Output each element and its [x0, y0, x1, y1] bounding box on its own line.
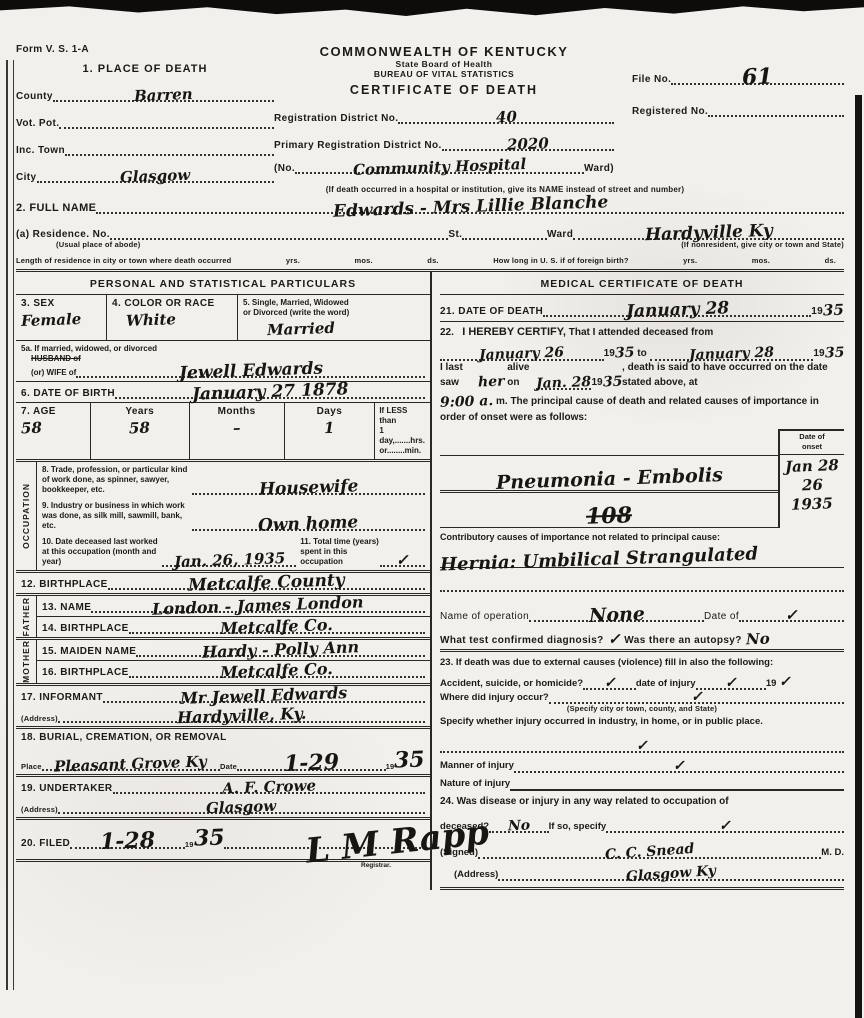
reg-district-value: 40 [496, 112, 517, 123]
birthplace-value: Metcalfe County [188, 575, 345, 590]
length-of-residence-row: Length of residence in city or town wher… [16, 256, 844, 265]
if-less-cell: If LESS than 1 day,.......hrs. or.......… [375, 403, 430, 459]
mother-birthplace-row: 16. BIRTHPLACE Metcalfe Co. [37, 660, 430, 681]
nature-row: Nature of injury [440, 777, 844, 791]
father-name-value: London - James London [152, 597, 364, 614]
burial-label: 18. BURIAL, CREMATION, OR REMOVAL [21, 732, 425, 743]
undertaker-address-line: Glasgow [58, 800, 425, 814]
q24-value: No [508, 821, 530, 832]
form-header: Form V. S. 1-A 1. PLACE OF DEATH County … [16, 44, 844, 183]
total-time-value: ✓ [396, 555, 409, 565]
mos-label-2: mos. [752, 256, 770, 265]
days-cell: Days 1 [285, 403, 376, 459]
filed-year-prefix: 19 [185, 840, 194, 849]
last-saw-label: I last saw [440, 361, 475, 390]
mother-bp-line: Metcalfe Co. [129, 664, 425, 678]
contributory-line: Hernia: Umbilical Strangulated [440, 543, 844, 568]
onset-label-line2: onset [780, 441, 844, 454]
undertaker-label: 19. UNDERTAKER [21, 783, 113, 794]
father-side-label: FATHER [21, 597, 31, 636]
vot-pot-line [59, 115, 274, 129]
full-name-value: Edwards - Mrs Lillie Blanche [332, 197, 607, 217]
full-name-line: Edwards - Mrs Lillie Blanche [96, 200, 844, 214]
dob-line: January 27 1878 [115, 385, 425, 399]
q24-answer-row: deceased? No If so, specify ✓ [440, 819, 844, 833]
autopsy-label: Was there an autopsy? [624, 635, 742, 646]
certify-number: 22. [440, 327, 454, 338]
burial-place-value: Pleasant Grove Ky [54, 756, 207, 771]
certify-block: 22. I HEREBY CERTIFY, That I attended de… [440, 321, 844, 425]
md-label: M. D. [821, 846, 844, 860]
specify-line: ✓ [440, 739, 844, 753]
hospital-row: (No. Community Hospital Ward) [274, 160, 614, 174]
onset-value-1: Jan 28 [785, 456, 839, 476]
reg-district-row: Registration District No. 40 [274, 110, 614, 124]
days-label: Days [290, 406, 370, 417]
dob-row: 6. DATE OF BIRTH January 27 1878 [16, 381, 430, 402]
years-value: 58 [129, 419, 150, 438]
vot-pot-label: Vot. Pot. [16, 118, 59, 129]
certificate-title: CERTIFICATE OF DEATH [274, 83, 614, 97]
commonwealth-title: COMMONWEALTH OF KENTUCKY [274, 44, 614, 59]
inc-town-label: Inc. Town [16, 145, 65, 156]
filed-row: 20. FILED 1-28 19 35 L M Rapp Registrar. [16, 817, 430, 862]
primary-reg-row: Primary Registration District No. 2020 [274, 137, 614, 151]
operation-date-label: Date of [704, 611, 739, 622]
industry-value: Own home [258, 517, 359, 530]
city-line: Glasgow [37, 169, 275, 183]
marital-cell: 5. Single, Married, Widowed or Divorced … [238, 295, 430, 340]
hospital-note: (If death occurred in a hospital or inst… [166, 185, 844, 194]
father-name-row: 13. NAME London - James London [37, 596, 430, 616]
dod-value: January 28 [625, 303, 729, 317]
father-band: FATHER 13. NAME London - James London 14… [16, 593, 430, 637]
city-row: City Glasgow [16, 169, 274, 183]
body-two-columns: PERSONAL AND STATISTICAL PARTICULARS 3. … [16, 269, 844, 890]
mother-band: MOTHER 15. MAIDEN NAME Hardy - Polly Ann… [16, 637, 430, 683]
header-center: COMMONWEALTH OF KENTUCKY State Board of … [274, 44, 614, 183]
death-time-line: 9:00 a. m. The principal cause of death … [440, 390, 844, 425]
mother-side-cell: MOTHER [16, 640, 37, 683]
header-right: File No. 61 Registered No. [614, 44, 844, 183]
marital-label-line1: 5. Single, Married, Widowed [243, 298, 425, 308]
mother-name-value: Hardy - Polly Ann [202, 642, 359, 657]
ward-line: Hardyville Ky [573, 226, 844, 240]
spouse-value: Jewell Edwards [178, 363, 322, 378]
attended-from-line: January 26 [440, 347, 604, 361]
operation-date-value: ✓ [785, 610, 798, 620]
inc-town-line [65, 142, 274, 156]
signed-line: C. C. Snead [478, 845, 821, 859]
months-value: – [233, 419, 241, 437]
vot-pot-row: Vot. Pot. [16, 115, 274, 129]
registered-no-label: Registered No. [632, 106, 708, 117]
nature-label: Nature of injury [440, 777, 510, 791]
test-value: ✓ [607, 630, 620, 648]
filed-date-value: 1-28 [100, 835, 155, 847]
reg-district-label: Registration District No. [274, 113, 398, 124]
city-value: Glasgow [120, 170, 190, 182]
city-label: City [16, 172, 37, 183]
torn-paper-edge [0, 0, 864, 16]
informant-address-line: Hardyville, Ky. [58, 709, 425, 723]
personal-title: PERSONAL AND STATISTICAL PARTICULARS [16, 272, 430, 294]
occupation-band: OCCUPATION 8. Trade, profession, or part… [16, 459, 430, 570]
physician-address-row: (Address) Glasgow Ky [440, 867, 844, 890]
hospital-value: Community Hospital [353, 159, 526, 175]
years-cell: Years 58 [91, 403, 190, 459]
sex-color-marital-row: 3. SEX Female 4. COLOR OR RACE White 5. … [16, 294, 430, 340]
burial-year-prefix: 19 [386, 762, 395, 771]
how-long-label: How long in U. S. if of foreign birth? [493, 256, 629, 265]
sex-label: 3. SEX [21, 298, 101, 309]
ds-label-2: ds. [825, 256, 836, 265]
burial-place-line: Pleasant Grove Ky [42, 757, 220, 771]
father-bp-label: 14. BIRTHPLACE [42, 623, 129, 634]
accident-value: ✓ [603, 678, 615, 688]
last-worked-line: Jan. 26, 1935 [162, 553, 296, 567]
cause-lines: Pneumonia - Embolis 108 [440, 429, 778, 528]
total-time-line: ✓ [380, 553, 425, 567]
ward-label: Ward) [584, 163, 614, 174]
file-no-line: 61 [671, 70, 844, 85]
color-label: 4. COLOR OR RACE [112, 298, 232, 309]
if-so-value: ✓ [719, 821, 731, 831]
physician-address-label: (Address) [454, 868, 498, 882]
operation-label: Name of operation [440, 611, 529, 622]
spouse-label-1: 5a. If married, widowed, or divorced [21, 344, 425, 354]
operation-line: None [529, 608, 704, 622]
filed-label: 20. FILED [21, 838, 70, 849]
mother-side-label: MOTHER [21, 640, 31, 683]
industry-label: 9. Industry or business in which work wa… [42, 501, 192, 531]
cause-value: Pneumonia - Embolis [495, 464, 723, 494]
accident-label: Accident, suicide, or homicide? [440, 677, 583, 691]
burial-place-label: Place [21, 762, 42, 771]
manner-row: Manner of injury ✓ [440, 759, 844, 773]
dod-label: 21. DATE OF DEATH [440, 306, 543, 317]
from-year-prefix: 19 [604, 347, 615, 362]
father-bp-value: Metcalfe Co. [220, 620, 333, 634]
length-label: Length of residence in city or town wher… [16, 256, 231, 265]
where-value: ✓ [690, 692, 702, 702]
date-of-onset-box: Date of onset Jan 28 26 1935 [778, 429, 844, 528]
primary-reg-line: 2020 [442, 137, 614, 151]
dod-year-prefix: 19 [811, 306, 823, 317]
cause-blank-line [440, 429, 778, 456]
file-no-label: File No. [632, 74, 671, 85]
last-saw-date-value: Jan. 28 [536, 377, 591, 389]
certify-rest: That I attended deceased from [569, 327, 713, 338]
last-saw-year-value: 35 [602, 372, 622, 393]
undertaker-address-label: (Address) [21, 805, 58, 814]
last-worked-row: 10. Date deceased last worked at this oc… [37, 534, 430, 570]
occupation-side-cell: OCCUPATION [16, 462, 37, 570]
primary-reg-label: Primary Registration District No. [274, 140, 442, 151]
industry-line: Own home [192, 517, 425, 531]
full-name-row: 2. FULL NAME Edwards - Mrs Lillie Blanch… [16, 200, 844, 214]
burial-date-line: 1-29 [237, 756, 386, 771]
cause-code-value: 108 [586, 502, 633, 530]
birthplace-label: 12. BIRTHPLACE [21, 579, 108, 590]
alive-on-label: alive on [507, 361, 536, 390]
full-name-label: 2. FULL NAME [16, 202, 96, 214]
file-no-row: File No. 61 [632, 70, 844, 85]
q24-line: No [489, 819, 548, 833]
age-label: 7. AGE [21, 406, 85, 417]
contributory-section: Contributory causes of importance not re… [440, 528, 844, 592]
county-row: County Barren [16, 88, 274, 102]
occupation-side-label: OCCUPATION [21, 483, 31, 549]
mother-name-label: 15. MAIDEN NAME [42, 646, 136, 657]
mother-name-row: 15. MAIDEN NAME Hardy - Polly Ann [37, 640, 430, 660]
mother-bp-label: 16. BIRTHPLACE [42, 667, 129, 678]
death-certificate-scan: Form V. S. 1-A 1. PLACE OF DEATH County … [0, 0, 864, 1018]
m-label: m. [496, 396, 508, 407]
where-row: Where did injury occur? ✓ [440, 690, 844, 704]
county-label: County [16, 91, 53, 102]
marital-label-line2: or Divorced (write the word) [243, 308, 425, 318]
father-name-line: London - James London [91, 599, 425, 613]
mother-body: 15. MAIDEN NAME Hardy - Polly Ann 16. BI… [37, 640, 430, 683]
accident-row: Accident, suicide, or homicide? ✓ date o… [440, 670, 844, 690]
residence-label: (a) Residence. No. [16, 229, 110, 240]
hospital-no-label: (No. [274, 163, 295, 174]
informant-label: 17. INFORMANT [21, 692, 103, 703]
signed-row: (Signed) C. C. Snead M. D. [440, 845, 844, 859]
where-label: Where did injury occur? [440, 691, 549, 705]
age-cell: 7. AGE 58 [16, 403, 91, 459]
father-name-label: 13. NAME [42, 602, 91, 613]
personal-column: PERSONAL AND STATISTICAL PARTICULARS 3. … [16, 272, 432, 890]
undertaker-value: A. F. Crowe [222, 780, 316, 793]
to-label: to [637, 347, 646, 362]
dob-label: 6. DATE OF BIRTH [21, 388, 115, 399]
manner-value: ✓ [673, 761, 685, 771]
informant-address-label: (Address) [21, 714, 58, 723]
informant-line: Mr Jewell Edwards [103, 689, 425, 703]
trade-label: 8. Trade, profession, or particular kind… [42, 465, 192, 495]
attended-row: January 26 1935 to January 28 1935 [440, 341, 844, 361]
filed-date-line: 1-28 [70, 834, 185, 849]
reg-district-line: 40 [398, 110, 614, 124]
residence-row: (a) Residence. No. St. Ward Hardyville K… [16, 226, 844, 240]
accident-line: ✓ [583, 676, 636, 690]
injury-year-prefix: 19 [766, 677, 777, 691]
physician-signature: C. C. Snead [605, 844, 695, 860]
to-year-prefix: 19 [813, 347, 824, 362]
binding-edge-left [6, 60, 14, 990]
yrs-label-1: yrs. [286, 256, 300, 265]
death-time-value: 9:00 a. [440, 391, 494, 413]
father-body: 13. NAME London - James London 14. BIRTH… [37, 596, 430, 637]
cause-code-line: 108 [440, 493, 778, 528]
undertaker-address-value: Glasgow [206, 801, 276, 813]
father-bp-line: Metcalfe Co. [129, 620, 425, 634]
where-note: (Specify city or town, county, and State… [440, 704, 844, 715]
burial-year-value: 35 [394, 746, 426, 773]
spouse-line: Jewell Edwards [76, 364, 425, 378]
where-line: ✓ [549, 690, 844, 704]
specify-line-row: ✓ [440, 739, 844, 753]
attended-from-value: January 26 [479, 348, 564, 361]
mother-name-line: Hardy - Polly Ann [136, 643, 425, 657]
onset-label-line1: Date of [780, 431, 844, 441]
operation-date-line: ✓ [739, 608, 844, 622]
registered-no-row: Registered No. [632, 103, 844, 117]
physician-address-value: Glasgow Ky [626, 866, 716, 882]
street-label: St. [448, 229, 462, 240]
injury-date-label: date of injury [636, 677, 696, 691]
autopsy-value: No [745, 630, 769, 649]
months-label: Months [195, 406, 279, 417]
primary-reg-value: 2020 [507, 139, 549, 150]
street-line [462, 226, 547, 240]
dod-line: January 28 [543, 303, 811, 317]
sex-value: Female [21, 310, 82, 330]
spouse-row: 5a. If married, widowed, or divorced HUS… [16, 340, 430, 381]
county-line: Barren [53, 88, 274, 102]
spouse-label-3: (or) WIFE of [31, 368, 76, 378]
if-so-line: ✓ [606, 819, 844, 833]
manner-label: Manner of injury [440, 759, 514, 773]
specify-label: Specify whether injury occurred in indus… [440, 715, 844, 729]
informant-row: 17. INFORMANT Mr Jewell Edwards (Address… [16, 683, 430, 726]
trade-line: Housewife [192, 481, 425, 495]
physician-address-line: Glasgow Ky [498, 867, 844, 881]
if-so-label: If so, specify [549, 820, 607, 834]
undertaker-row: 19. UNDERTAKER A. F. Crowe (Address) Gla… [16, 774, 430, 817]
nature-line [510, 777, 844, 791]
test-label: What test confirmed diagnosis? [440, 635, 604, 646]
place-of-death-title: 1. PLACE OF DEATH [16, 63, 274, 75]
certificate-form: Form V. S. 1-A 1. PLACE OF DEATH County … [16, 26, 844, 890]
last-saw-row: I last saw her alive on Jan. 28 1935 , d… [440, 361, 844, 390]
dod-year-value: 35 [823, 301, 844, 320]
injury-date-value: ✓ [725, 678, 737, 688]
informant-value: Mr Jewell Edwards [180, 688, 348, 704]
last-saw-year-prefix: 19 [591, 376, 602, 391]
form-number: Form V. S. 1-A [16, 44, 274, 55]
informant-address-value: Hardyville, Ky. [177, 709, 307, 724]
abode-note: (Usual place of abode) [56, 240, 140, 249]
injury-date-line: ✓ [696, 676, 766, 690]
days-value: 1 [324, 419, 335, 437]
hospital-line: Community Hospital [295, 160, 584, 174]
marital-value: Married [267, 319, 335, 339]
q24-label: 24. Was disease or injury in any way rel… [440, 795, 844, 810]
birthplace-row: 12. BIRTHPLACE Metcalfe County [16, 570, 430, 593]
from-year-value: 35 [614, 343, 634, 364]
age-row: 7. AGE 58 Years 58 Months – Days 1 [16, 402, 430, 459]
inc-town-row: Inc. Town [16, 142, 274, 156]
bureau-subtitle: BUREAU OF VITAL STATISTICS [274, 69, 614, 79]
dob-value: January 27 1878 [192, 384, 349, 399]
registrar-label: Registrar. [361, 862, 391, 869]
burial-row: 18. BURIAL, CREMATION, OR REMOVAL Place … [16, 726, 430, 774]
death-said-label: , death is said to have occurred on the … [622, 361, 844, 390]
birthplace-line: Metcalfe County [108, 576, 425, 590]
ward-field-label: Ward [547, 229, 573, 240]
burial-date-value: 1-29 [284, 757, 339, 769]
father-birthplace-row: 14. BIRTHPLACE Metcalfe Co. [37, 616, 430, 637]
ward-value: Hardyville Ky [645, 226, 773, 240]
total-time-label: 11. Total time (years) spent in this occ… [300, 537, 380, 567]
trade-row: 8. Trade, profession, or particular kind… [37, 462, 430, 498]
cause-section: Pneumonia - Embolis 108 Date of onset Ja… [440, 429, 844, 528]
contributory-label: Contributory causes of importance not re… [440, 532, 844, 543]
father-side-cell: FATHER [16, 596, 37, 637]
trade-value: Housewife [259, 481, 359, 494]
medical-title: MEDICAL CERTIFICATE OF DEATH [440, 272, 844, 294]
file-no-value: 61 [742, 71, 773, 82]
age-value: 58 [21, 419, 42, 438]
attended-to-value: January 28 [689, 348, 774, 361]
occupation-body: 8. Trade, profession, or particular kind… [37, 462, 430, 570]
test-autopsy-row: What test confirmed diagnosis? ✓ Was the… [440, 628, 844, 652]
last-worked-label: 10. Date deceased last worked at this oc… [42, 537, 162, 567]
color-cell: 4. COLOR OR RACE White [107, 295, 238, 340]
last-saw-date-line: Jan. 28 [536, 376, 591, 390]
date-of-death-row: 21. DATE OF DEATH January 28 1935 [440, 294, 844, 321]
header-left: Form V. S. 1-A 1. PLACE OF DEATH County … [16, 44, 274, 183]
years-label: Years [96, 406, 184, 417]
undertaker-line: A. F. Crowe [113, 780, 425, 794]
ds-label-1: ds. [427, 256, 438, 265]
yrs-label-2: yrs. [683, 256, 697, 265]
industry-row: 9. Industry or business in which work wa… [37, 498, 430, 534]
injury-year-value: ✓ [779, 672, 791, 693]
q23-block: 23. If death was due to external causes … [440, 656, 844, 890]
mos-label-1: mos. [355, 256, 373, 265]
burial-date-label: Date [220, 762, 237, 771]
q23-label: 23. If death was due to external causes … [440, 656, 844, 670]
attended-to-line: January 28 [650, 347, 814, 361]
certify-bold: I HEREBY CERTIFY, [462, 326, 566, 338]
cause-line: Pneumonia - Embolis [440, 456, 778, 493]
onset-value-3: 1935 [791, 494, 833, 513]
last-saw-pronoun: her [477, 371, 504, 392]
medical-column: MEDICAL CERTIFICATE OF DEATH 21. DATE OF… [432, 272, 844, 890]
color-value: White [126, 310, 177, 330]
sex-cell: 3. SEX Female [16, 295, 107, 340]
onset-value-2: 26 [801, 475, 822, 494]
county-value: Barren [134, 89, 193, 101]
state-board-subtitle: State Board of Health [274, 59, 614, 69]
binding-edge-right [855, 95, 862, 1018]
filed-year-value: 35 [193, 824, 225, 851]
registered-no-line [708, 103, 844, 117]
specify-value: ✓ [636, 741, 648, 751]
less-label-1: If LESS than [379, 406, 425, 426]
last-worked-value: Jan. 26, 1935 [173, 553, 285, 567]
less-label-2: 1 day,.......hrs. [379, 426, 425, 446]
operation-value: None [588, 609, 644, 621]
to-year-value: 35 [824, 343, 844, 364]
manner-line: ✓ [514, 759, 844, 773]
months-cell: Months – [190, 403, 285, 459]
operation-row: Name of operation None Date of ✓ [440, 608, 844, 622]
residence-no-line [110, 226, 448, 240]
mother-bp-value: Metcalfe Co. [220, 664, 333, 678]
less-label-3: or........min. [379, 446, 425, 456]
